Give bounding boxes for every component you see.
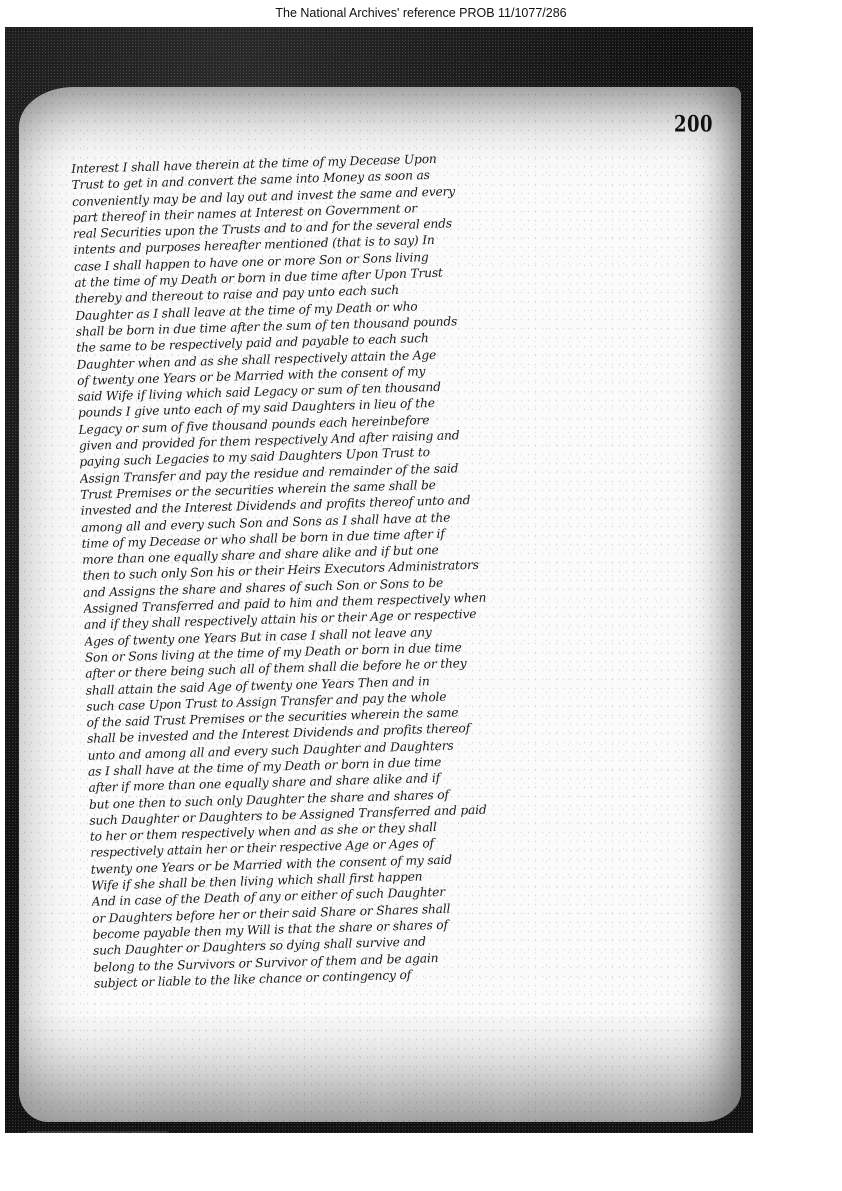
scanned-page-frame: 200 Interest I shall have therein at the…: [5, 27, 753, 1133]
handwritten-text-block: Interest I shall have therein at the tim…: [71, 146, 614, 991]
page-margin-bottom: [0, 1133, 842, 1191]
folio-number: 200: [674, 111, 713, 137]
manuscript-page: 200 Interest I shall have therein at the…: [19, 87, 741, 1122]
archive-reference-header: The National Archives' reference PROB 11…: [0, 6, 842, 20]
